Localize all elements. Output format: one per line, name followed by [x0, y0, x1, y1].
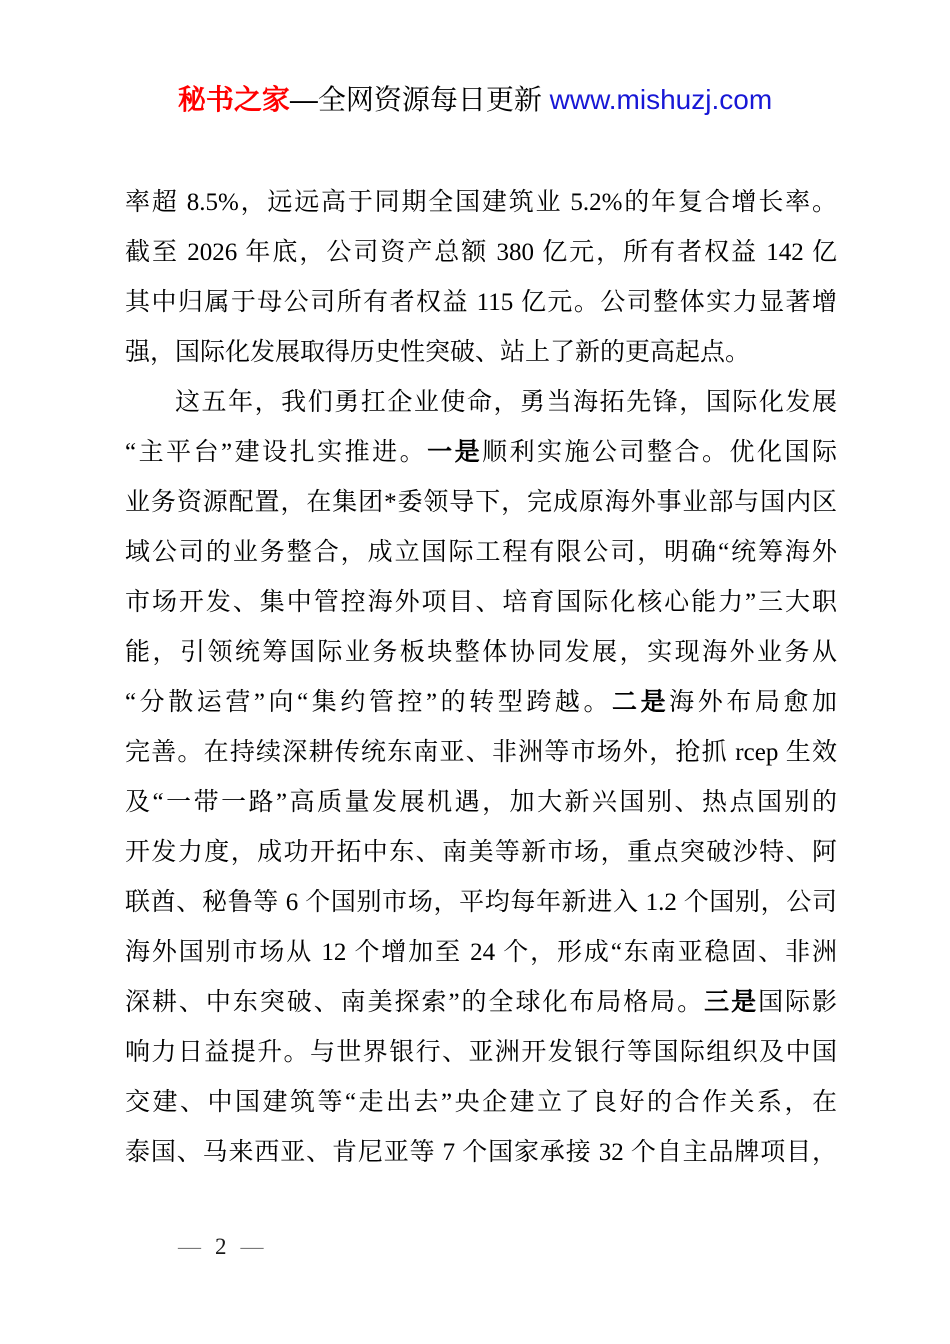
- text-line: 海外国别市场从 12 个增加至 24 个，形成“东南亚稳固、非洲: [125, 928, 837, 978]
- text-line: 市场开发、集中管控海外项目、培育国际化核心能力”三大职: [125, 578, 837, 628]
- document-page: 秘书之家—全网资源每日更新 www.mishuzj.com 率超 8.5%，远远…: [0, 0, 950, 1344]
- body-text: 截至 2026 年底，公司资产总额 380 亿元，所有者权益 142 亿元，: [125, 239, 837, 278]
- text-line: 截至 2026 年底，公司资产总额 380 亿元，所有者权益 142 亿元，: [125, 228, 837, 278]
- text-line: 泰国、马来西亚、肯尼亚等 7 个国家承接 32 个自主品牌项目，: [125, 1128, 837, 1178]
- emphasis-text: 一是: [427, 439, 482, 466]
- body-text: 强，国际化发展取得历史性突破、站上了新的更高起点。: [125, 339, 750, 366]
- text-line: 强，国际化发展取得历史性突破、站上了新的更高起点。: [125, 328, 837, 378]
- text-line: 业务资源配置，在集团*委领导下，完成原海外事业部与国内区: [125, 478, 837, 528]
- body-text: 交建、中国建筑等“走出去”央企建立了良好的合作关系，在: [125, 1089, 837, 1116]
- body-text: 联酋、秘鲁等 6 个国别市场，平均每年新进入 1.2 个国别，公司: [125, 889, 837, 916]
- text-line: 域公司的业务整合，成立国际工程有限公司，明确“统筹海外: [125, 528, 837, 578]
- body-text: 完善。在持续深耕传统东南亚、非洲等市场外，抢抓 rcep 生效: [125, 739, 837, 766]
- text-line: 响力日益提升。与世界银行、亚洲开发银行等国际组织及中国: [125, 1028, 837, 1078]
- body-text: 国际影: [758, 989, 837, 1016]
- site-url-link[interactable]: www.mishuzj.com: [550, 84, 772, 115]
- text-line: 这五年，我们勇扛企业使命，勇当海拓先锋，国际化发展: [125, 378, 837, 428]
- body-text: 能，引领统筹国际业务板块整体协同发展，实现海外业务从: [125, 639, 837, 666]
- body-text: 市场开发、集中管控海外项目、培育国际化核心能力”三大职: [125, 589, 837, 616]
- text-line: 率超 8.5%，远远高于同期全国建筑业 5.2%的年复合增长率。: [125, 178, 837, 228]
- site-brand: 秘书之家: [178, 84, 290, 115]
- body-text: 顺利实施公司整合。优化国际: [482, 439, 837, 466]
- body-text: 开发力度，成功开拓中东、南美等新市场，重点突破沙特、阿: [125, 839, 837, 866]
- text-line: 交建、中国建筑等“走出去”央企建立了良好的合作关系，在: [125, 1078, 837, 1128]
- body-text: 深耕、中东突破、南美探索”的全球化布局格局。: [125, 989, 704, 1016]
- body-text: 海外布局愈加: [669, 689, 837, 716]
- page-number-right-dash: —: [241, 1234, 264, 1259]
- body-text: 响力日益提升。与世界银行、亚洲开发银行等国际组织及中国: [125, 1039, 837, 1066]
- text-line: “主平台”建设扎实推进。一是顺利实施公司整合。优化国际: [125, 428, 837, 478]
- text-line: 其中归属于母公司所有者权益 115 亿元。公司整体实力显著增: [125, 278, 837, 328]
- page-number-left-dash: —: [178, 1234, 201, 1259]
- body-text: 其中归属于母公司所有者权益 115 亿元。公司整体实力显著增: [125, 289, 837, 316]
- site-tagline: —全网资源每日更新: [290, 84, 550, 115]
- emphasis-text: 三是: [704, 989, 758, 1016]
- body-text: “主平台”建设扎实推进。: [125, 439, 427, 466]
- page-number-value: 2: [215, 1234, 227, 1259]
- emphasis-text: 二是: [612, 689, 669, 716]
- body-text: 业务资源配置，在集团*委领导下，完成原海外事业部与国内区: [125, 489, 837, 516]
- text-line: 及“一带一路”高质量发展机遇，加大新兴国别、热点国别的: [125, 778, 837, 828]
- body-text: “分散运营”向“集约管控”的转型跨越。: [125, 689, 612, 716]
- letterhead: 秘书之家—全网资源每日更新 www.mishuzj.com: [0, 80, 950, 120]
- text-line: 能，引领统筹国际业务板块整体协同发展，实现海外业务从: [125, 628, 837, 678]
- body-text: 域公司的业务整合，成立国际工程有限公司，明确“统筹海外: [125, 539, 837, 566]
- text-line: “分散运营”向“集约管控”的转型跨越。二是海外布局愈加: [125, 678, 837, 728]
- body-text: 泰国、马来西亚、肯尼亚等 7 个国家承接 32 个自主品牌项目，: [125, 1139, 837, 1166]
- document-body: 率超 8.5%，远远高于同期全国建筑业 5.2%的年复合增长率。截至 2026 …: [125, 178, 837, 1178]
- body-text: 率超 8.5%，远远高于同期全国建筑业 5.2%的年复合增长率。: [125, 189, 837, 216]
- text-line: 完善。在持续深耕传统东南亚、非洲等市场外，抢抓 rcep 生效: [125, 728, 837, 778]
- text-line: 联酋、秘鲁等 6 个国别市场，平均每年新进入 1.2 个国别，公司: [125, 878, 837, 928]
- body-text: 这五年，我们勇扛企业使命，勇当海拓先锋，国际化发展: [175, 389, 837, 416]
- text-line: 开发力度，成功开拓中东、南美等新市场，重点突破沙特、阿: [125, 828, 837, 878]
- body-text: 及“一带一路”高质量发展机遇，加大新兴国别、热点国别的: [125, 789, 837, 816]
- text-line: 深耕、中东突破、南美探索”的全球化布局格局。三是国际影: [125, 978, 837, 1028]
- page-number: —2—: [178, 1232, 264, 1262]
- body-text: 海外国别市场从 12 个增加至 24 个，形成“东南亚稳固、非洲: [125, 939, 837, 966]
